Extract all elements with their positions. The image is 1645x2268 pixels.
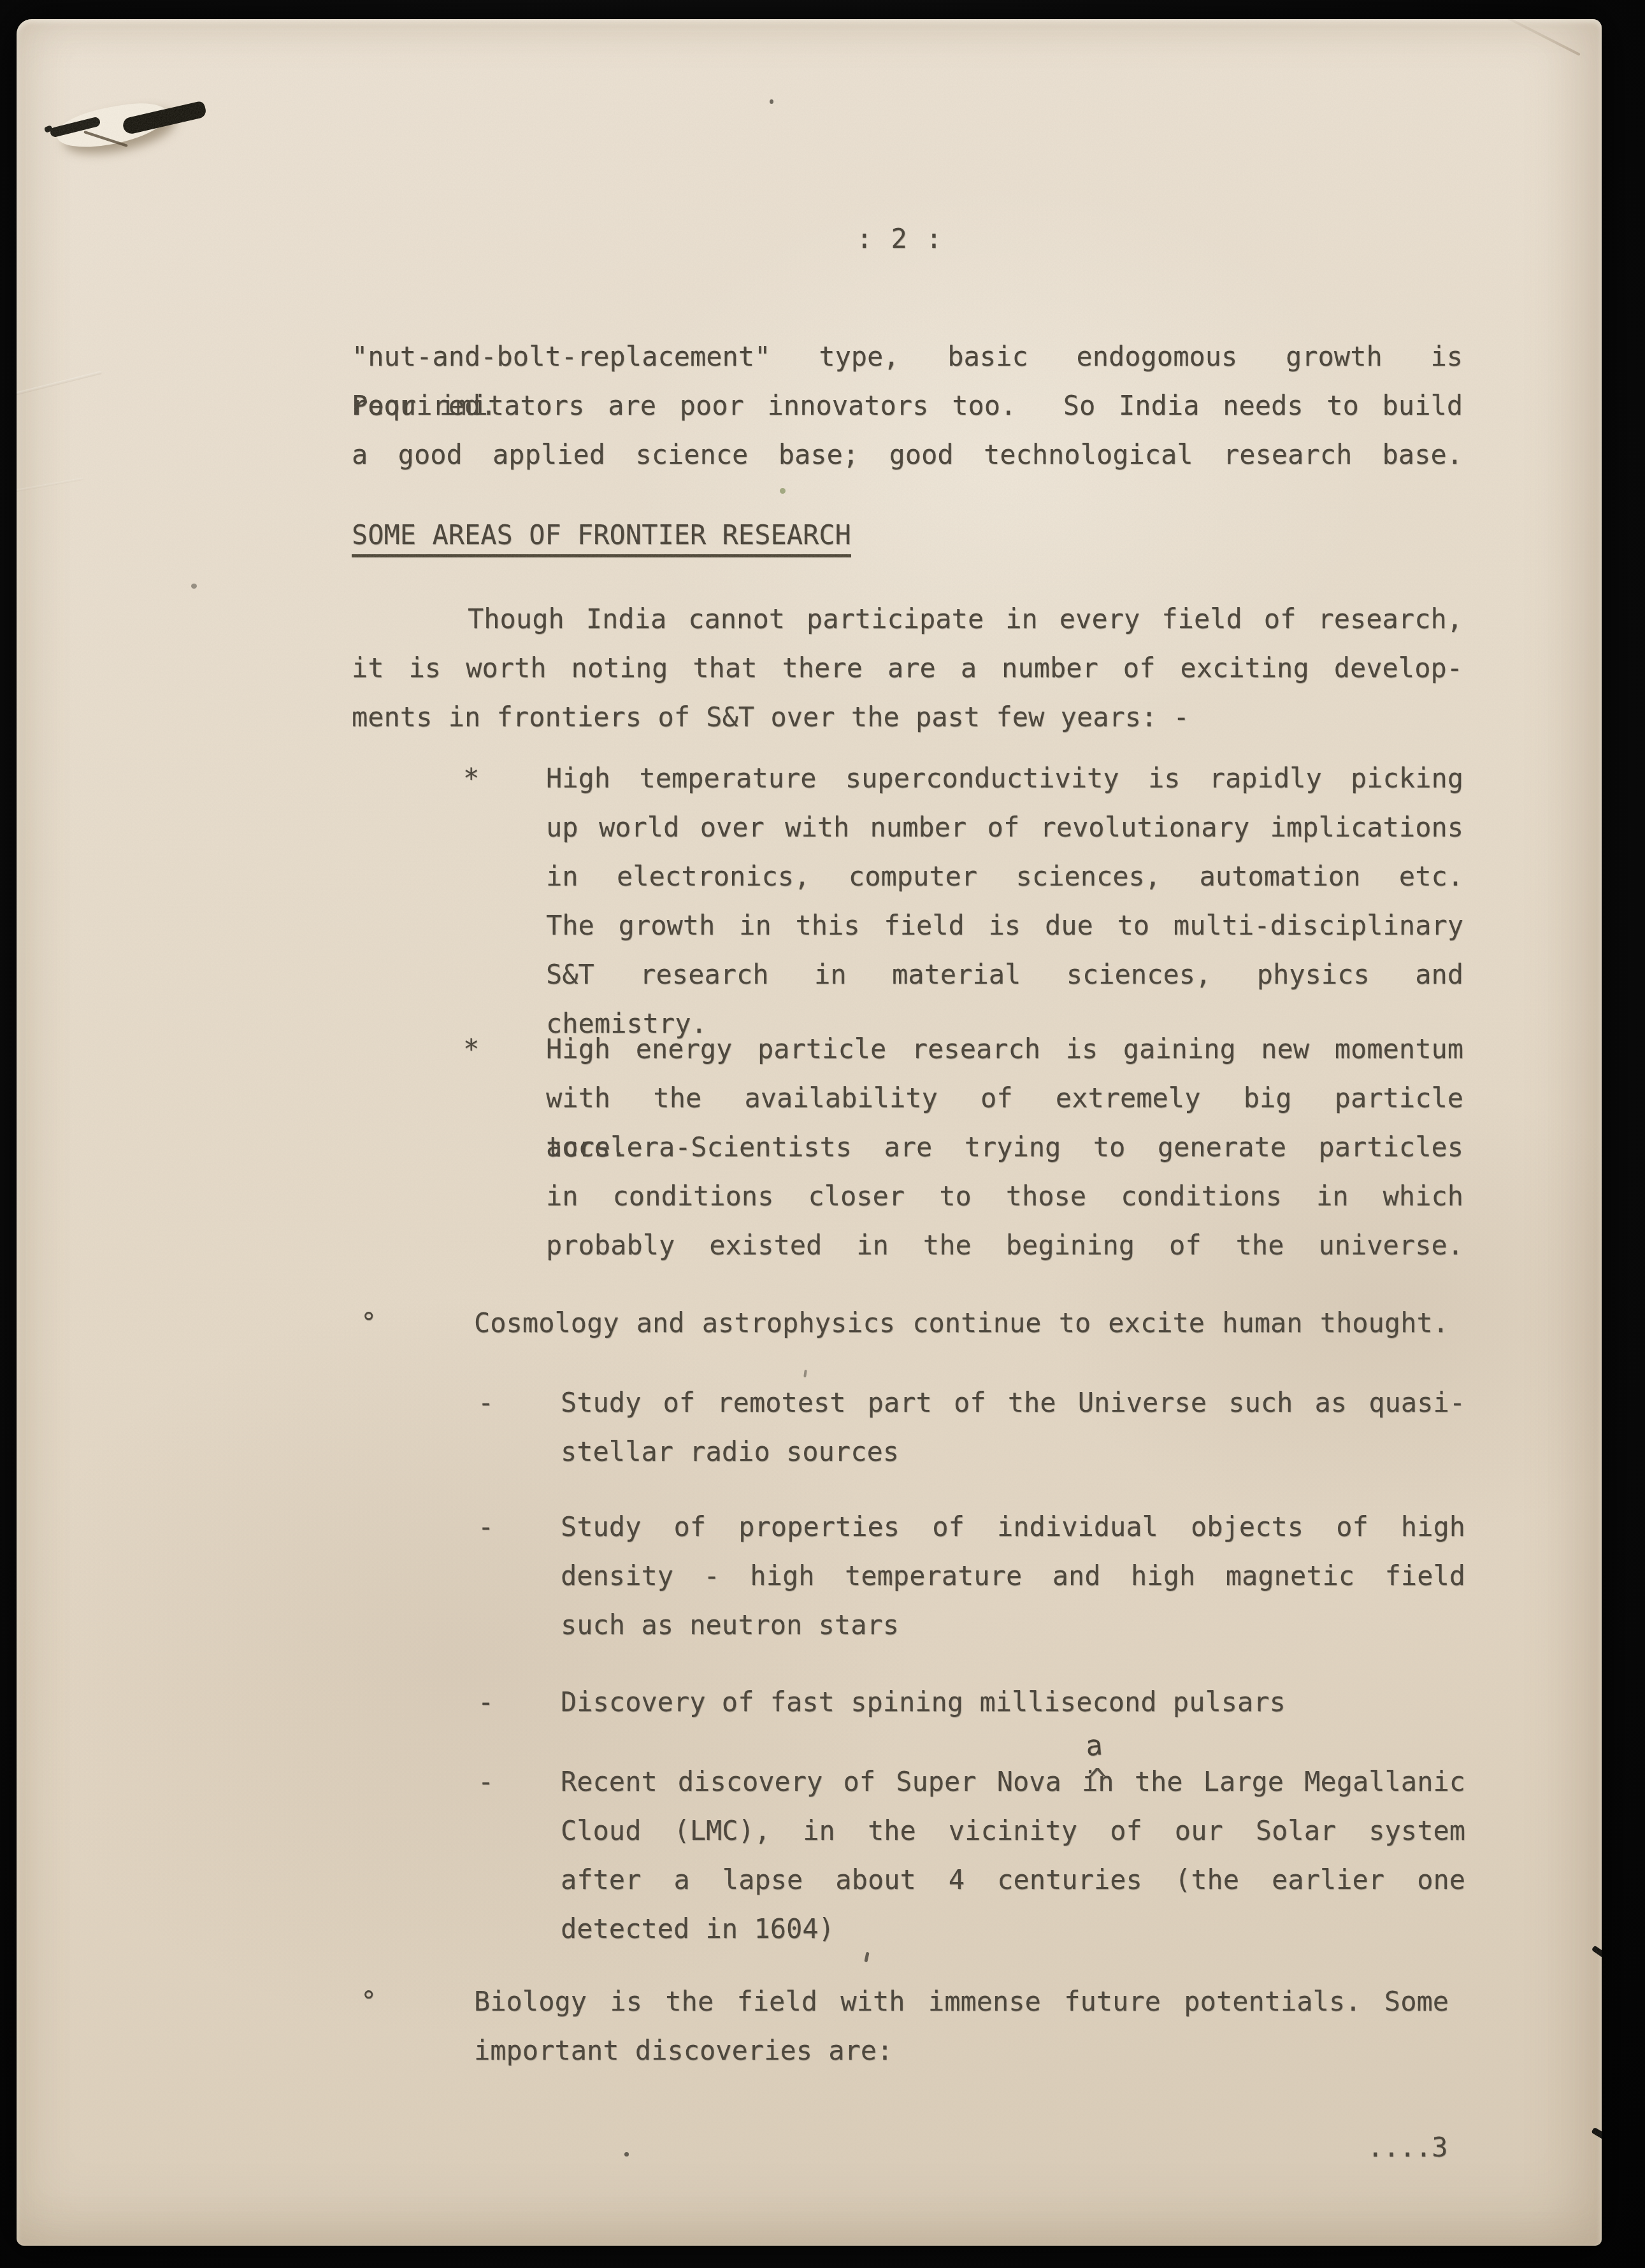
text-line: Discovery of fast spining millisecond pu… xyxy=(561,1677,1465,1726)
text-line: detected in 1604) xyxy=(561,1904,1465,1953)
circle-bullet-marker: ° xyxy=(361,1298,377,1347)
intro-paragraph: Though India cannot participate in every… xyxy=(352,594,1463,742)
dash-bullet-marker: - xyxy=(478,1757,494,1806)
section-heading-text: SOME AREAS OF FRONTIER RESEARCH xyxy=(352,519,851,557)
circle-bullet-marker: ° xyxy=(361,1977,377,2026)
text-line: a good applied science base; good techno… xyxy=(352,430,1463,479)
text-line: High temperature superconductivity is ra… xyxy=(546,754,1463,803)
text-line: stellar radio sources xyxy=(561,1427,1465,1476)
text-line: such as neutron stars xyxy=(561,1600,1465,1649)
stray-tick-mark xyxy=(864,1952,869,1963)
text-line: Poor imitators are poor innovators too. … xyxy=(352,381,1463,430)
text-line: Biology is the field with immense future… xyxy=(474,1977,1449,2026)
dash-bullet-marker: - xyxy=(478,1677,494,1726)
opening-paragraph: "nut-and-bolt-replacement" type, basic e… xyxy=(352,332,1463,479)
text-line: Though India cannot participate in every… xyxy=(352,594,1463,643)
text-line: ments in frontiers of S&T over the past … xyxy=(352,693,1463,742)
section-heading: SOME AREAS OF FRONTIER RESEARCH xyxy=(352,510,851,559)
text-line: after a lapse about 4 centuries (the ear… xyxy=(561,1855,1465,1904)
star-bullet-marker: * xyxy=(463,1024,479,1073)
text-line: Cloud (LMC), in the vicinity of our Sola… xyxy=(561,1806,1465,1855)
dash-bullet-item: - Study of properties of individual obje… xyxy=(352,1502,1463,1649)
page-continuation-ref: ....3 xyxy=(1367,2123,1447,2172)
dash-bullet-item: - Discovery of fast spining millisecond … xyxy=(352,1677,1463,1726)
paper-speck xyxy=(780,488,786,494)
text-line: Cosmology and astrophysics continue to e… xyxy=(474,1298,1449,1347)
ink-speck xyxy=(191,584,197,589)
text-line: "nut-and-bolt-replacement" type, basic e… xyxy=(352,332,1463,381)
torn-staple-hole xyxy=(45,96,223,178)
text-line: it is worth noting that there are a numb… xyxy=(352,643,1463,693)
paper-edge-nick xyxy=(1591,1945,1602,1959)
star-bullet-item: * High energy particle research is gaini… xyxy=(352,1024,1463,1270)
text-line: High energy particle research is gaining… xyxy=(546,1024,1463,1073)
text-line: Study of properties of individual object… xyxy=(561,1502,1465,1551)
circle-bullet-item: ° Biology is the field with immense futu… xyxy=(352,1977,1463,2075)
text-line: Study of remotest part of the Universe s… xyxy=(561,1378,1465,1427)
text-line: up world over with number of revolutiona… xyxy=(546,803,1463,852)
text-line: density - high temperature and high magn… xyxy=(561,1551,1465,1600)
ink-speck xyxy=(624,2152,629,2157)
text-line: S&T research in material sciences, physi… xyxy=(546,950,1463,999)
stray-tick-mark xyxy=(803,1370,807,1377)
text-line: with the availability of extremely big p… xyxy=(546,1073,1463,1123)
ink-speck xyxy=(770,99,773,104)
crease-mark xyxy=(17,477,83,493)
star-bullet-marker: * xyxy=(463,754,479,803)
text-line: tors. Scientists are trying to generate … xyxy=(546,1123,1463,1172)
scanned-document-background: { "colors": { "paper": "#e7dccb", "ink":… xyxy=(0,0,1645,2268)
text-line: Recent discovery of Super Nova in the La… xyxy=(561,1757,1465,1806)
text-line: important discoveries are: xyxy=(474,2026,1449,2075)
text-line: The growth in this field is due to multi… xyxy=(546,901,1463,950)
paper-sheet: : 2 : "nut-and-bolt-replacement" type, b… xyxy=(17,19,1602,2246)
text-line: probably existed in the begining of the … xyxy=(546,1221,1463,1270)
dash-bullet-marker: - xyxy=(478,1502,494,1551)
text-line: in conditions closer to those conditions… xyxy=(546,1172,1463,1221)
page-number: : 2 : xyxy=(856,214,943,263)
crease-mark xyxy=(1494,19,1580,56)
insertion-caret-icon: ^ xyxy=(1088,1756,1107,1805)
dash-bullet-marker: - xyxy=(478,1378,494,1427)
circle-bullet-item: ° Cosmology and astrophysics continue to… xyxy=(352,1298,1463,1347)
dash-bullet-item: - Study of remotest part of the Universe… xyxy=(352,1378,1463,1476)
text-line: in electronics, computer sciences, autom… xyxy=(546,852,1463,901)
paper-edge-nick xyxy=(1591,2127,1602,2142)
dash-bullet-item: - a ^ Recent discovery of Super Nova in … xyxy=(352,1757,1463,1953)
crease-mark xyxy=(17,371,102,397)
star-bullet-item: * High temperature superconductivity is … xyxy=(352,754,1463,999)
